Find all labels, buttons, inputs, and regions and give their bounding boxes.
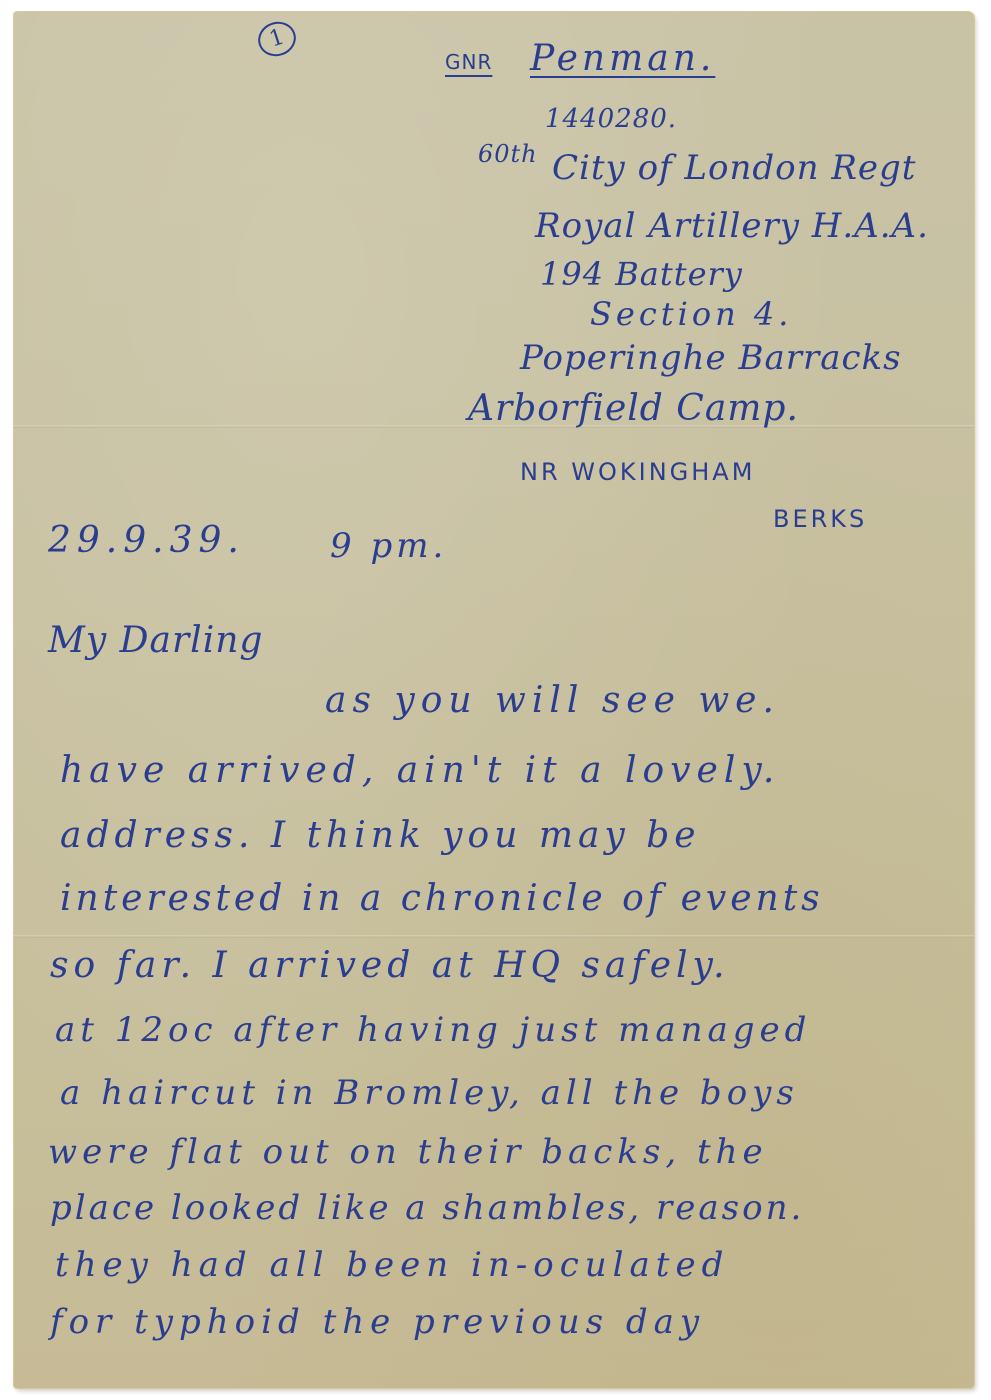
sender-name: Penman. (530, 38, 715, 79)
battery-line: 194 Battery (540, 255, 743, 293)
letter-date: 29.9.39. (48, 520, 245, 561)
barracks-line: Poperinghe Barracks (520, 338, 902, 378)
body-line-3: address. I think you may be (60, 815, 701, 856)
body-line-11: for typhoid the previous day (50, 1302, 705, 1342)
body-line-4: interested in a chronicle of events (60, 878, 824, 919)
service-number: 1440280. (545, 104, 677, 134)
body-line-10: they had all been in-oculated (55, 1245, 729, 1285)
body-line-2: have arrived, ain't it a lovely. (60, 750, 780, 791)
regiment-line: City of London Regt (552, 148, 916, 188)
body-line-9: place looked like a shambles, reason. (50, 1188, 804, 1228)
section-line: Section 4. (590, 295, 792, 333)
camp-line: Arborfield Camp. (468, 388, 799, 429)
body-line-5: so far. I arrived at HQ safely. (50, 945, 730, 986)
letter-time: 9 pm. (330, 526, 447, 566)
town-line: NR WOKINGHAM (520, 458, 755, 486)
sender-rank: GNR (445, 50, 492, 74)
salutation: My Darling (48, 620, 263, 661)
regiment-prefix: 60th (478, 140, 538, 168)
body-line-7: a haircut in Bromley, all the boys (60, 1073, 799, 1113)
body-line-6: at 12oc after having just managed (55, 1010, 811, 1050)
body-line-8: were flat out on their backs, the (48, 1132, 768, 1172)
county-line: BERKS (773, 505, 867, 533)
unit-line: Royal Artillery H.A.A. (535, 206, 929, 246)
body-line-1: as you will see we. (325, 680, 780, 721)
fold-crease-lower (14, 935, 974, 938)
